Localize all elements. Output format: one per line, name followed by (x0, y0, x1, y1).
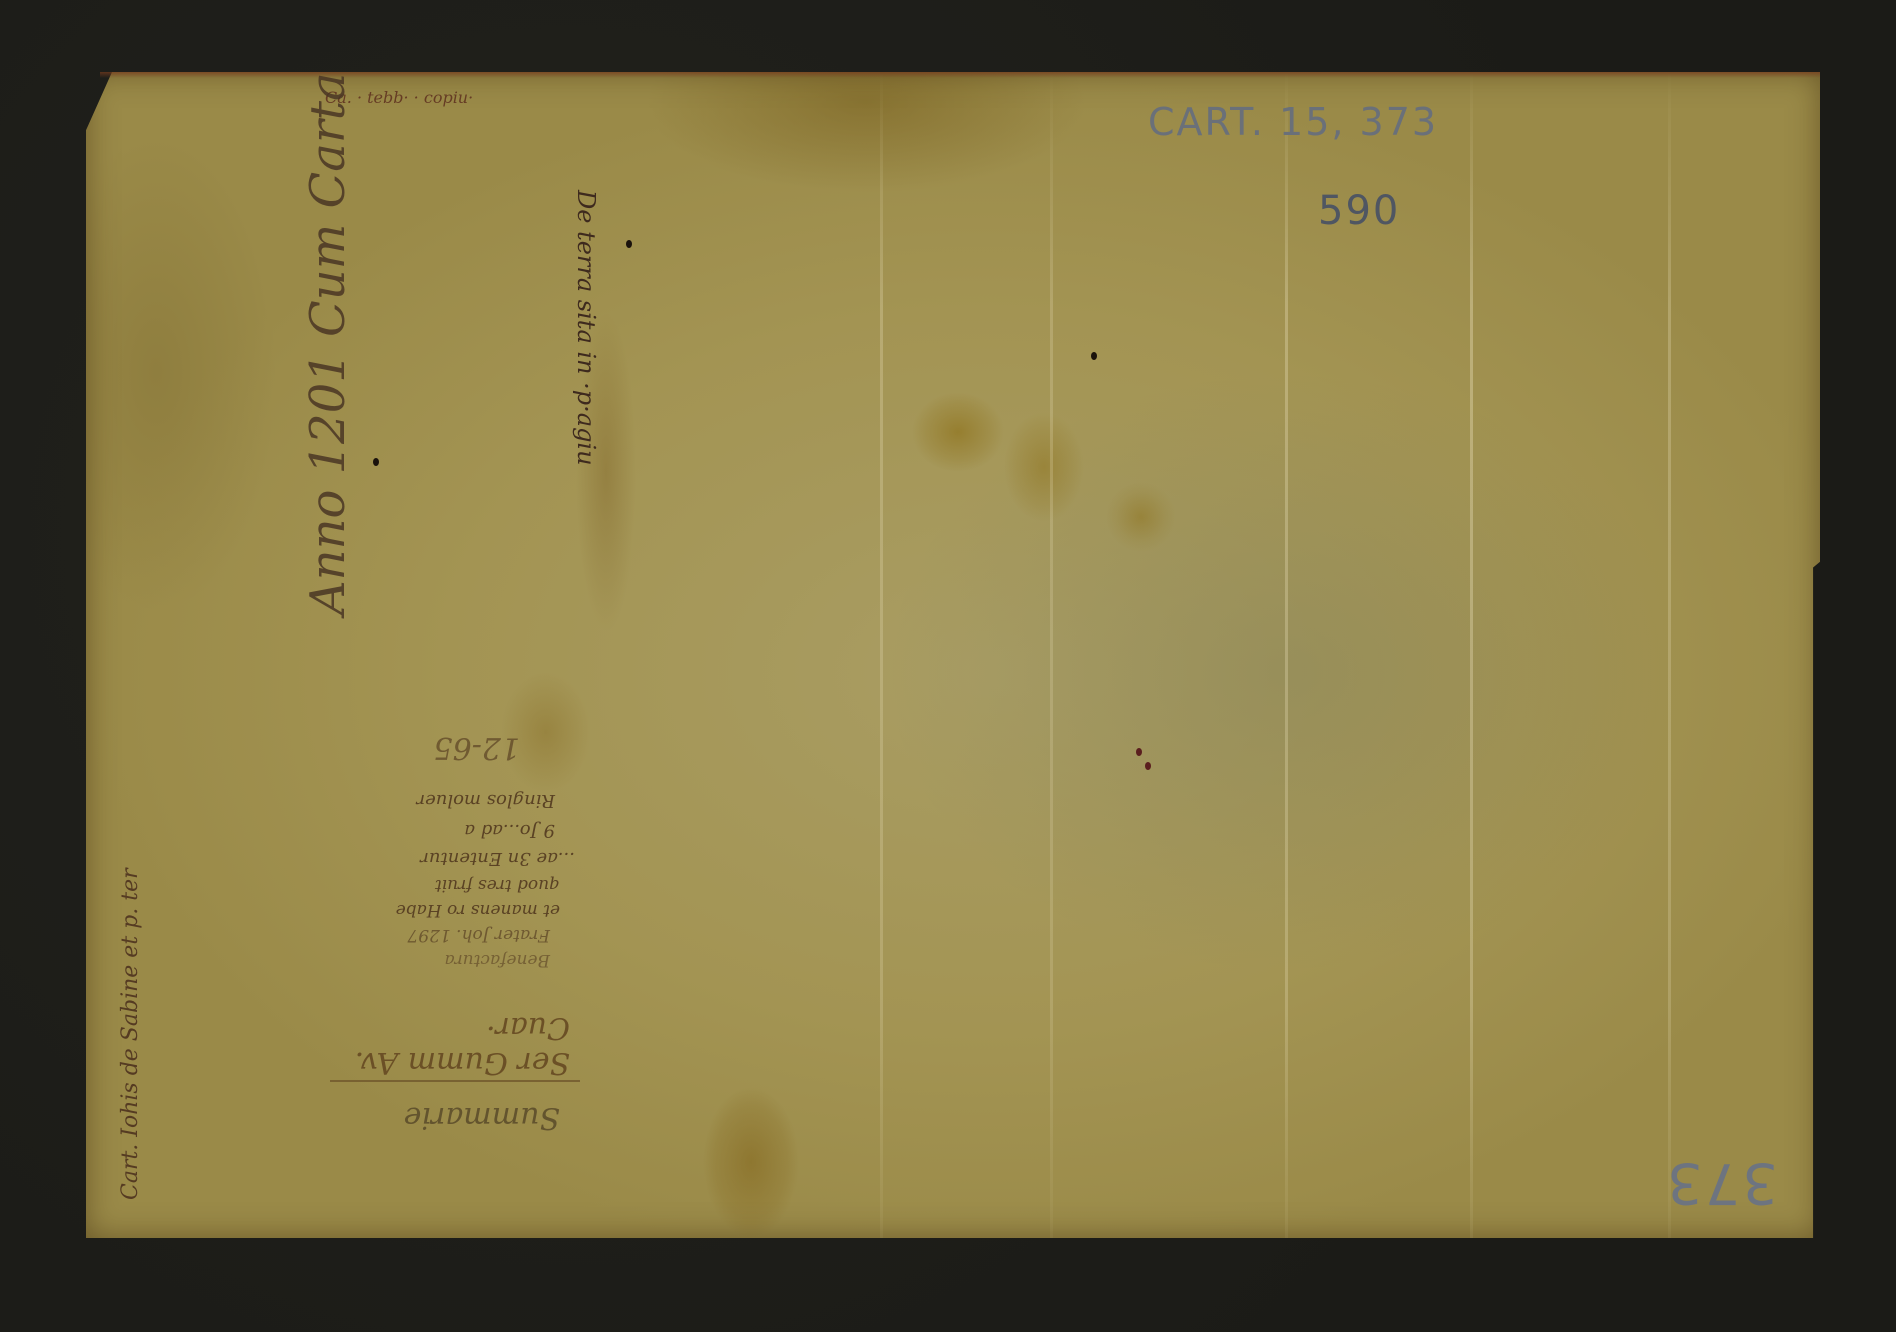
ink-spot (1145, 762, 1151, 770)
signature-word: Summarie (404, 1100, 560, 1135)
inverted-line: ...ae 3n Ententur (420, 848, 575, 869)
left-margin-inscription-vertical: Cart. Iohis de Sabine et p. ter (118, 868, 143, 1200)
ink-spot (373, 458, 379, 466)
fold-line (1050, 72, 1053, 1238)
inverted-archive-number: 373 (1665, 1150, 1778, 1215)
inverted-line: et manens ro Habe (396, 900, 560, 920)
inverted-line: Frater Joh. 1297 (407, 925, 550, 945)
inverted-line: Benefactura (444, 950, 550, 970)
subject-inscription-vertical: De terra sita in ·p·agiu (572, 190, 600, 466)
divider-line (330, 1080, 580, 1082)
inverted-date: 12-65 (434, 730, 520, 765)
parchment-top-edge (100, 72, 1820, 78)
inverted-notes-block: Summarie Ser Gumm Av. Cuar· Benefactura … (330, 720, 580, 1200)
fold-line (1470, 72, 1473, 1238)
ink-spot (626, 240, 632, 248)
ink-spot (1136, 748, 1142, 756)
inverted-line: Ringlos moluer (417, 790, 556, 811)
shelfmark-label: CART. 15, 373 (1148, 100, 1438, 144)
fold-line (880, 72, 883, 1238)
inverted-line: quod tres fruit (435, 875, 560, 895)
fold-line (1668, 72, 1671, 1238)
fold-line (1285, 72, 1288, 1238)
inverted-heading: Ser Gumm Av. Cuar· (330, 1010, 570, 1080)
ink-spot (1091, 352, 1097, 360)
date-inscription-vertical: Anno 1201 Cum Carta (300, 72, 356, 615)
archive-number: 590 (1318, 188, 1400, 234)
inverted-line: 9 Jo...ad a (464, 820, 555, 841)
